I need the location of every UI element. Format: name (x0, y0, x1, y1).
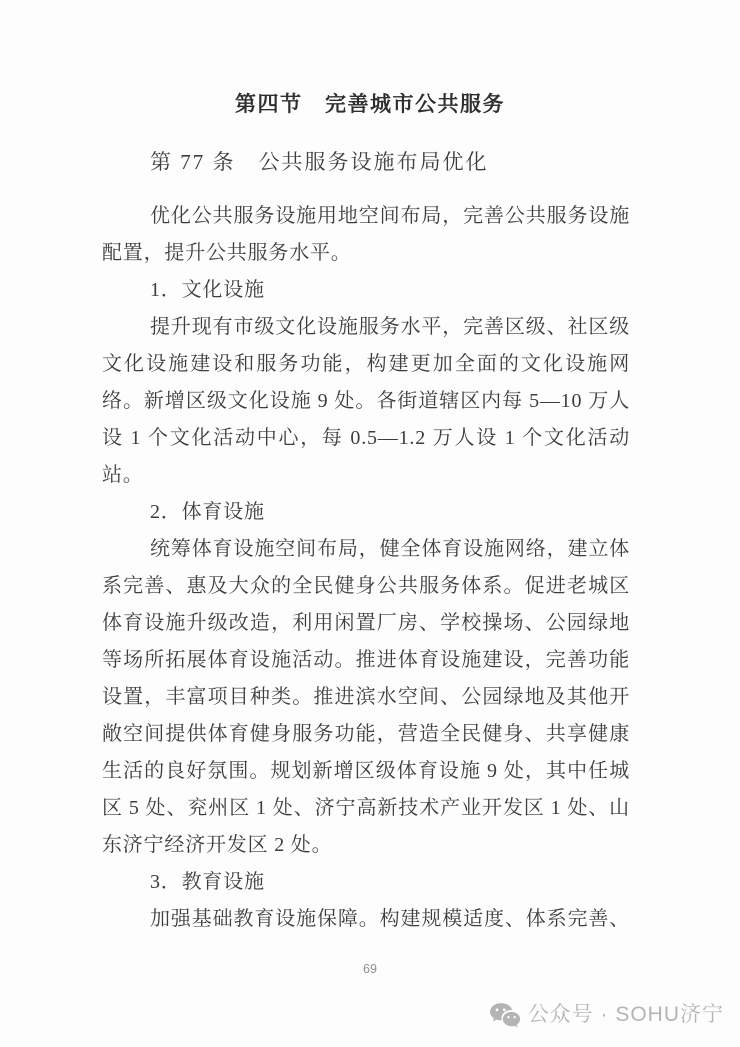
body-line: 统筹体育设施空间布局，健全体育设施网络，建立体 (102, 531, 630, 568)
body-line: 站。 (102, 457, 630, 494)
body-line: 络。新增区级文化设施 9 处。各街道辖区内每 5—10 万人 (102, 383, 630, 420)
body-line: 加强基础教育设施保障。构建规模适度、体系完善、 (102, 901, 630, 938)
watermark-text: 公众号 · SOHU济宁 (528, 1001, 724, 1029)
body-line: 区 5 处、兖州区 1 处、济宁高新技术产业开发区 1 处、山 (102, 790, 630, 827)
section-title: 第四节 完善城市公共服务 (0, 92, 740, 118)
body-line: 3．教育设施 (102, 864, 630, 901)
body-line: 设置，丰富项目种类。推进滨水空间、公园绿地及其他开 (102, 679, 630, 716)
body-line: 配置，提升公共服务水平。 (102, 235, 630, 272)
body-line: 东济宁经济开发区 2 处。 (102, 827, 630, 864)
document-body: 优化公共服务设施用地空间布局，完善公共服务设施配置，提升公共服务水平。1．文化设… (102, 198, 630, 938)
body-line: 设 1 个文化活动中心，每 0.5—1.2 万人设 1 个文化活动 (102, 420, 630, 457)
body-line: 1．文化设施 (102, 272, 630, 309)
body-line: 系完善、惠及大众的全民健身公共服务体系。促进老城区 (102, 568, 630, 605)
body-line: 体育设施升级改造，利用闲置厂房、学校操场、公园绿地 (102, 605, 630, 642)
body-line: 生活的良好氛围。规划新增区级体育设施 9 处，其中任城 (102, 753, 630, 790)
body-line: 敞空间提供体育健身服务功能，营造全民健身、共享健康 (102, 716, 630, 753)
article-heading: 第 77 条 公共服务设施布局优化 (102, 147, 630, 177)
page-number: 69 (0, 961, 740, 977)
body-line: 优化公共服务设施用地空间布局，完善公共服务设施 (102, 198, 630, 235)
wechat-icon (489, 1002, 521, 1029)
body-line: 2．体育设施 (102, 494, 630, 531)
document-page: 第四节 完善城市公共服务 第 77 条 公共服务设施布局优化 优化公共服务设施用… (0, 0, 740, 1047)
watermark: 公众号 · SOHU济宁 (489, 1001, 724, 1029)
body-line: 文化设施建设和服务功能，构建更加全面的文化设施网 (102, 346, 630, 383)
body-line: 等场所拓展体育设施活动。推进体育设施建设，完善功能 (102, 642, 630, 679)
body-line: 提升现有市级文化设施服务水平，完善区级、社区级 (102, 309, 630, 346)
